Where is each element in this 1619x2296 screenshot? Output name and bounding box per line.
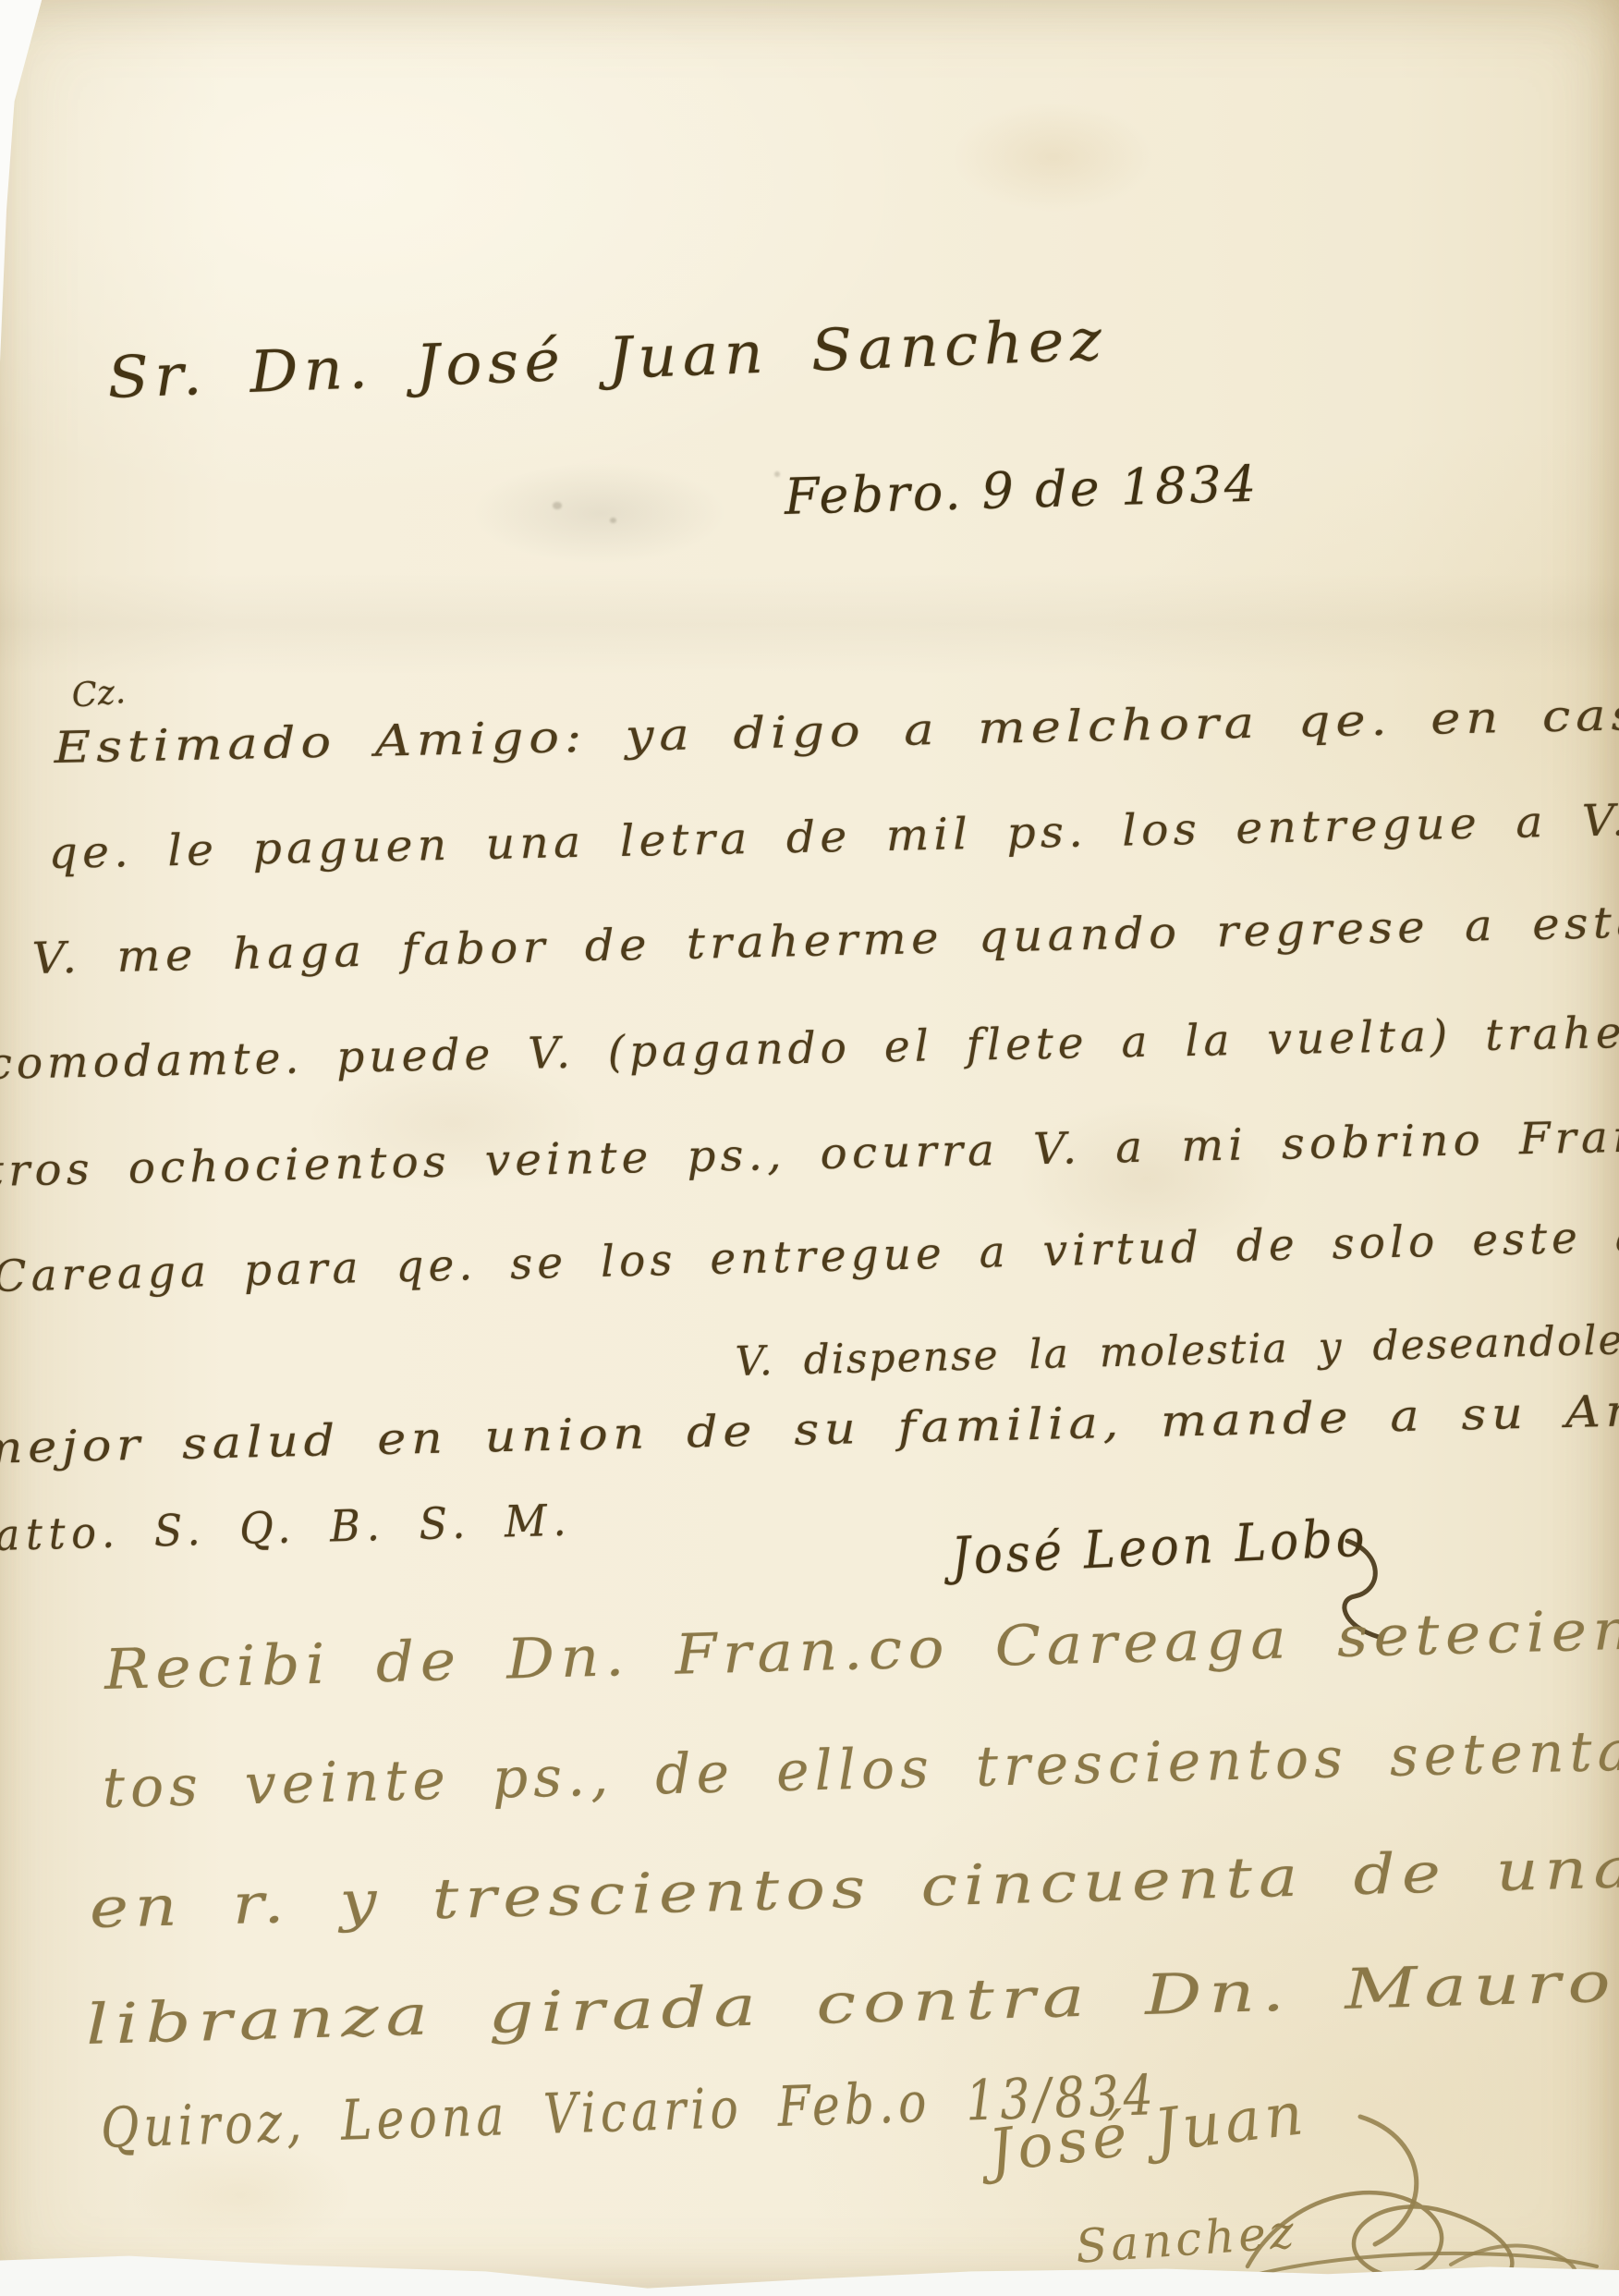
ink-speck xyxy=(610,518,616,523)
ink-speck xyxy=(553,502,562,509)
letter-scan: Sr. Dn. José Juan Sanchez Febro. 9 de 18… xyxy=(0,0,1619,2296)
ink-speck xyxy=(774,471,780,477)
stain xyxy=(952,102,1155,213)
paper-crease xyxy=(0,573,1619,675)
stain xyxy=(471,462,730,564)
opening-mark: Cz. xyxy=(70,673,127,715)
